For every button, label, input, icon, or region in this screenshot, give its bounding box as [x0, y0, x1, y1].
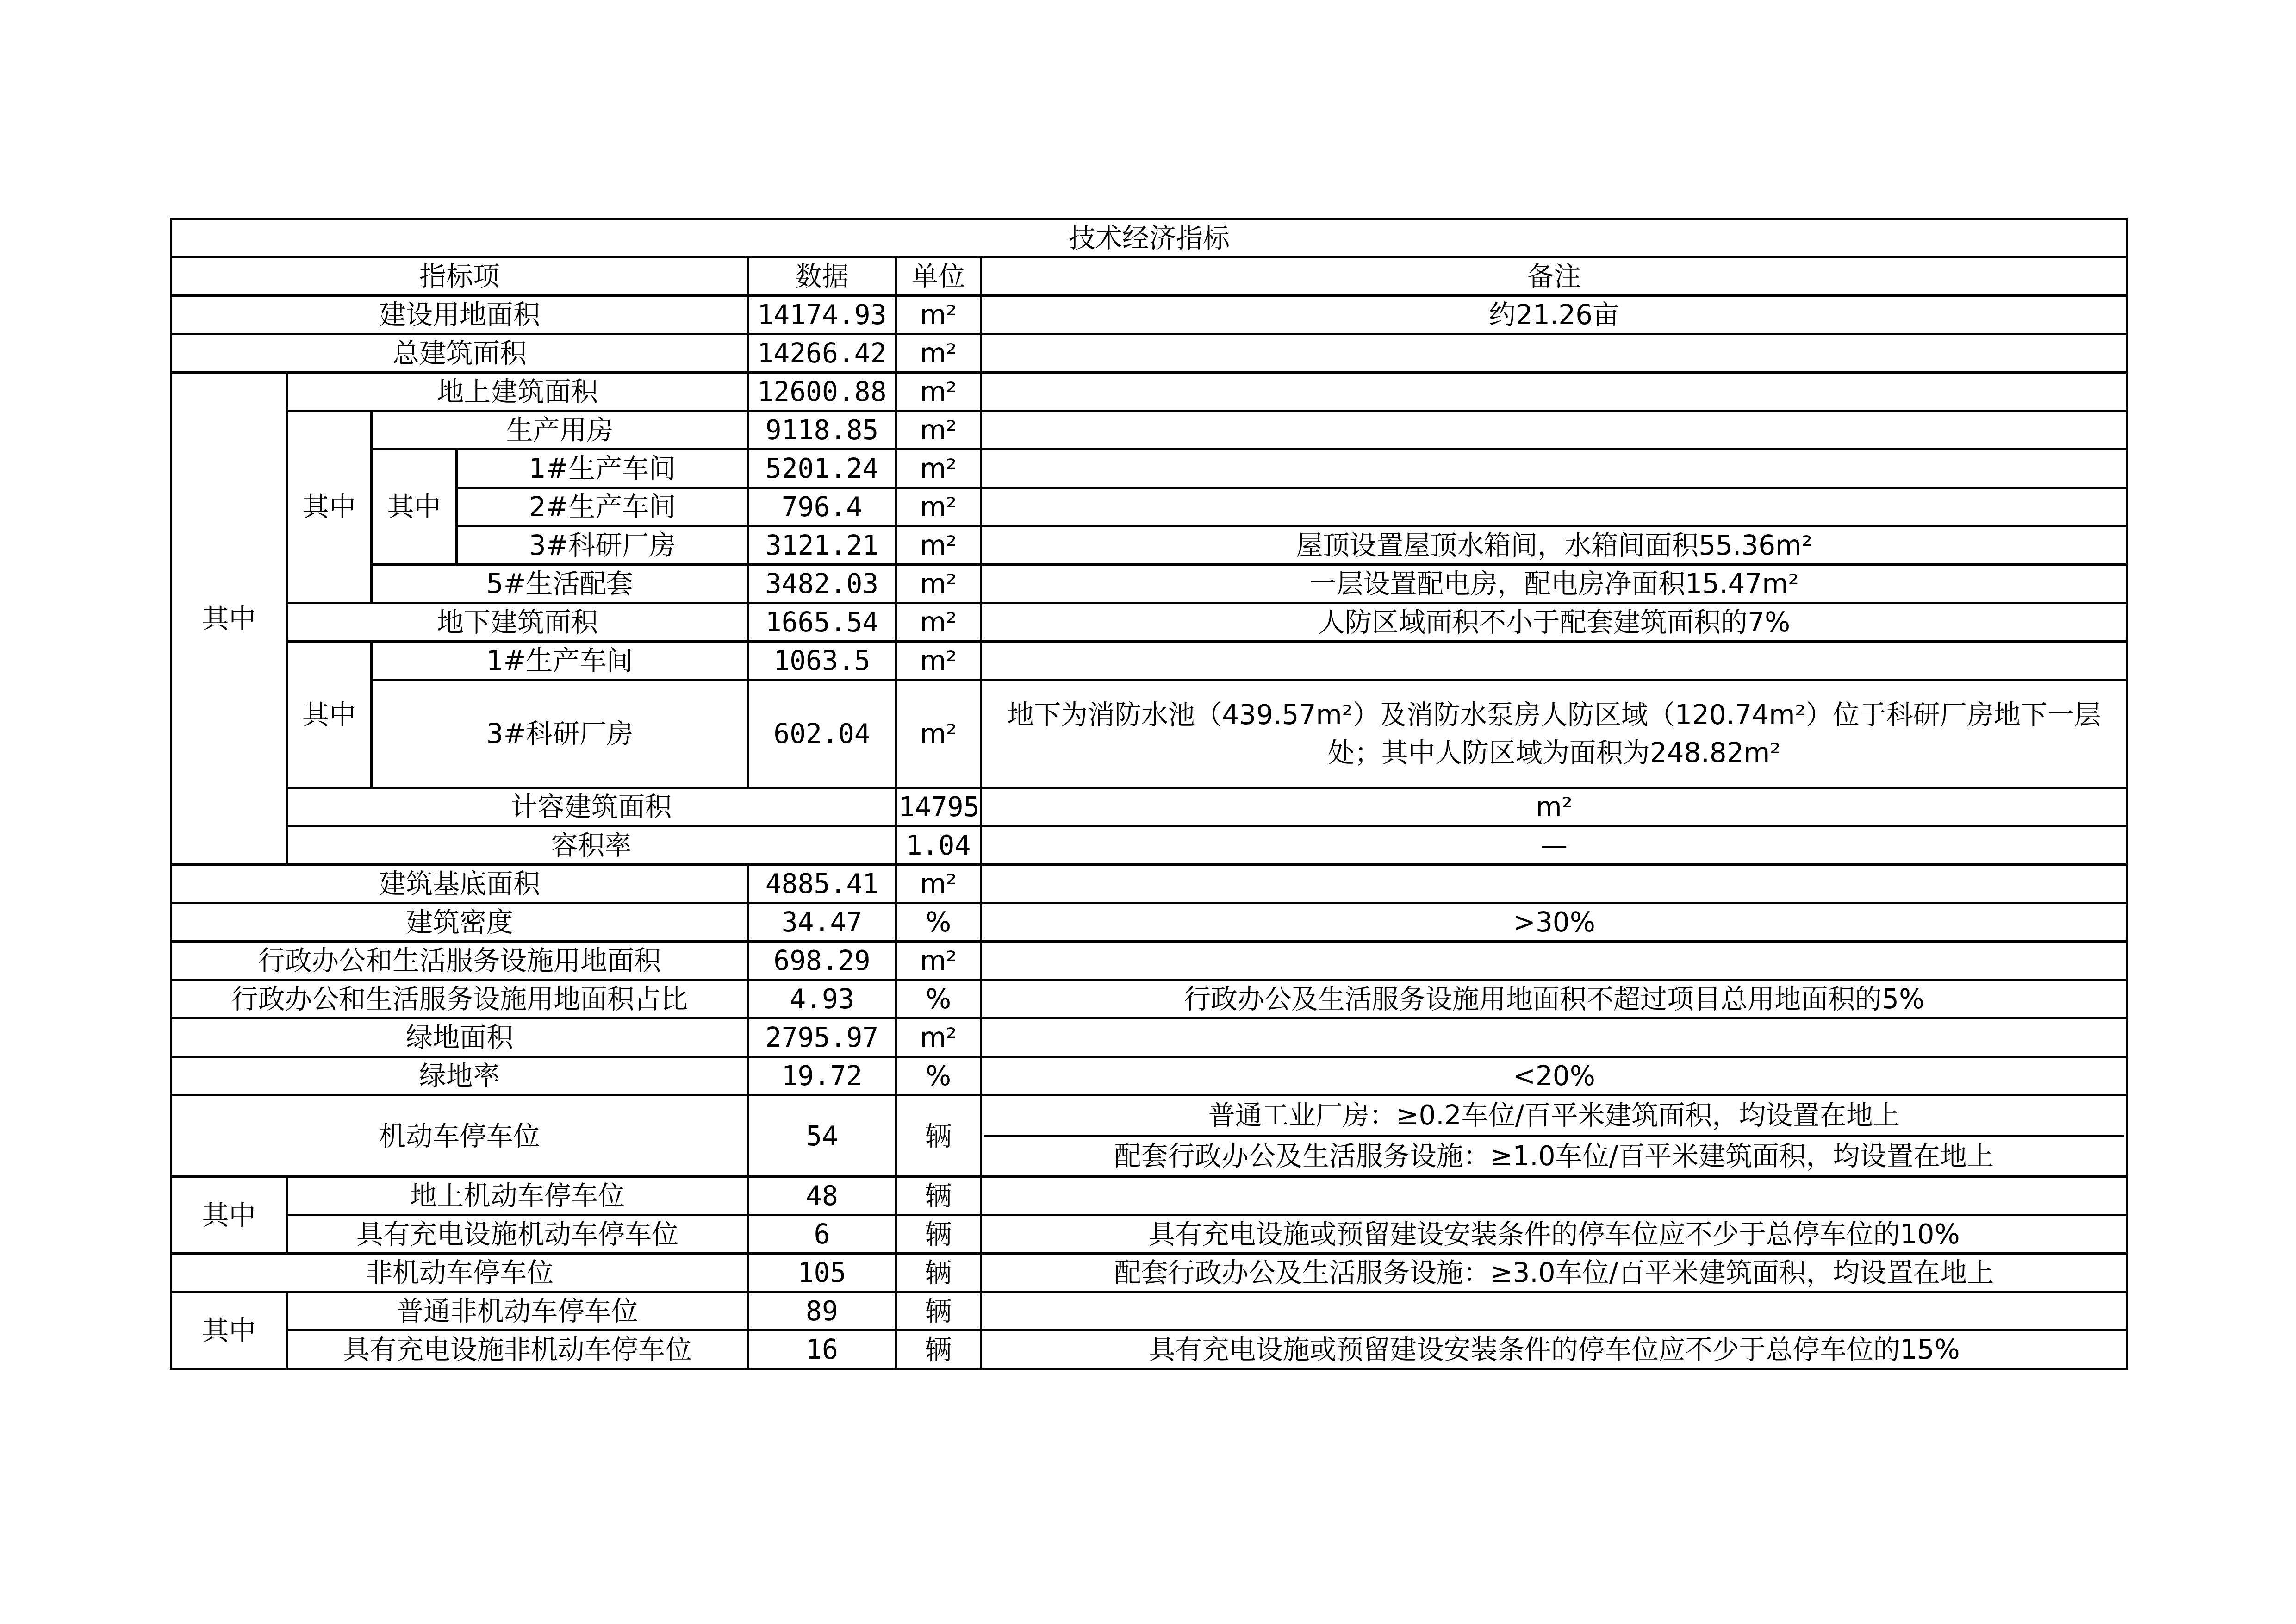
row-note: [981, 334, 2128, 373]
table-row: 计容建筑面积 14795.36 m²: [171, 788, 2128, 826]
row-unit: %: [896, 980, 981, 1018]
row-note: [981, 411, 2128, 450]
row-unit: %: [896, 903, 981, 942]
table-row: 其中 1#生产车间 1063.5 m²: [171, 642, 2128, 680]
title-row: 技术经济指标: [171, 219, 2128, 257]
row-value: 1063.5: [748, 642, 896, 680]
group-label-below: 其中: [287, 642, 372, 788]
group-label-production: 其中: [372, 450, 457, 565]
row-unit: 辆: [896, 1254, 981, 1292]
row-label: 行政办公和生活服务设施用地面积占比: [171, 980, 748, 1018]
table-row: 绿地率 19.72 % <20%: [171, 1057, 2128, 1095]
row-value: 9118.85: [748, 411, 896, 450]
row-value: 48: [748, 1177, 896, 1215]
row-note: [981, 1177, 2128, 1215]
row-label: 2#生产车间: [457, 488, 748, 526]
row-value: 602.04: [748, 680, 896, 788]
row-unit: 辆: [896, 1177, 981, 1215]
row-value: 14174.93: [748, 296, 896, 334]
table-row: 机动车停车位 54 辆 普通工业厂房：≥0.2车位/百平米建筑面积，均设置在地上…: [171, 1095, 2128, 1177]
row-unit: m²: [896, 1018, 981, 1057]
row-label: 容积率: [287, 826, 896, 865]
row-label: 绿地面积: [171, 1018, 748, 1057]
header-unit: 单位: [896, 257, 981, 296]
row-label: 行政办公和生活服务设施用地面积: [171, 942, 748, 980]
table-row: 建筑密度 34.47 % >30%: [171, 903, 2128, 942]
header-item: 指标项: [171, 257, 748, 296]
row-unit: m²: [896, 642, 981, 680]
row-label: 3#科研厂房: [457, 526, 748, 565]
row-label: 具有充电设施机动车停车位: [287, 1215, 748, 1254]
row-unit: m²: [896, 296, 981, 334]
row-label: 5#生活配套: [372, 565, 748, 603]
row-note: <20%: [981, 1057, 2128, 1095]
row-value: 12600.88: [748, 373, 896, 411]
row-label: 1#生产车间: [457, 450, 748, 488]
row-value: 19.72: [748, 1057, 896, 1095]
row-value: 54: [748, 1095, 896, 1177]
row-value: 4885.41: [748, 865, 896, 903]
table-row: 其中 地上建筑面积 12600.88 m²: [171, 373, 2128, 411]
table-row: 行政办公和生活服务设施用地面积占比 4.93 % 行政办公及生活服务设施用地面积…: [171, 980, 2128, 1018]
row-value: 1.04: [896, 826, 981, 865]
group-label-car: 其中: [171, 1177, 287, 1254]
row-label: 1#生产车间: [372, 642, 748, 680]
row-unit: 辆: [896, 1292, 981, 1330]
row-value: 698.29: [748, 942, 896, 980]
row-note: 屋顶设置屋顶水箱间，水箱间面积55.36m²: [981, 526, 2128, 565]
table-title: 技术经济指标: [171, 219, 2128, 257]
table-row: 其中 生产用房 9118.85 m²: [171, 411, 2128, 450]
note-line-2: 配套行政办公及生活服务设施：≥1.0车位/百平米建筑面积，均设置在地上: [984, 1135, 2124, 1175]
table-row: 其中 普通非机动车停车位 89 辆: [171, 1292, 2128, 1330]
row-note: 约21.26亩: [981, 296, 2128, 334]
row-value: 5201.24: [748, 450, 896, 488]
row-unit: m²: [896, 373, 981, 411]
row-label: 建设用地面积: [171, 296, 748, 334]
row-value: 89: [748, 1292, 896, 1330]
row-unit: m²: [896, 865, 981, 903]
row-unit: 辆: [896, 1095, 981, 1177]
row-unit: m²: [896, 334, 981, 373]
row-value: 14795.36: [896, 788, 981, 826]
row-unit: m²: [896, 526, 981, 565]
row-value: 4.93: [748, 980, 896, 1018]
row-note: [981, 1018, 2128, 1057]
table-row: 地下建筑面积 1665.54 m² 人防区域面积不小于配套建筑面积的7%: [171, 603, 2128, 642]
row-note: 配套行政办公及生活服务设施：≥3.0车位/百平米建筑面积，均设置在地上: [981, 1254, 2128, 1292]
row-note: 地下为消防水池（439.57m²）及消防水泵房人防区域（120.74m²）位于科…: [981, 680, 2128, 788]
table-row: 建设用地面积 14174.93 m² 约21.26亩: [171, 296, 2128, 334]
table-row: 非机动车停车位 105 辆 配套行政办公及生活服务设施：≥3.0车位/百平米建筑…: [171, 1254, 2128, 1292]
row-note: 普通工业厂房：≥0.2车位/百平米建筑面积，均设置在地上 配套行政办公及生活服务…: [981, 1095, 2128, 1177]
table-row: 具有充电设施机动车停车位 6 辆 具有充电设施或预留建设安装条件的停车位应不少于…: [171, 1215, 2128, 1254]
row-note: >30%: [981, 903, 2128, 942]
row-label: 具有充电设施非机动车停车位: [287, 1330, 748, 1369]
row-label: 地上建筑面积: [287, 373, 748, 411]
row-value: 2795.97: [748, 1018, 896, 1057]
row-note: 具有充电设施或预留建设安装条件的停车位应不少于总停车位的15%: [981, 1330, 2128, 1369]
note-line-1: 普通工业厂房：≥0.2车位/百平米建筑面积，均设置在地上: [984, 1096, 2124, 1135]
row-label: 总建筑面积: [171, 334, 748, 373]
row-value: 14266.42: [748, 334, 896, 373]
row-unit: 辆: [896, 1330, 981, 1369]
table-row: 行政办公和生活服务设施用地面积 698.29 m²: [171, 942, 2128, 980]
row-value: 1665.54: [748, 603, 896, 642]
row-note: [981, 642, 2128, 680]
row-label: 非机动车停车位: [171, 1254, 748, 1292]
row-note: 一层设置配电房，配电房净面积15.47m²: [981, 565, 2128, 603]
row-unit: m²: [896, 603, 981, 642]
group-label-above: 其中: [287, 411, 372, 603]
row-note: 具有充电设施或预留建设安装条件的停车位应不少于总停车位的10%: [981, 1215, 2128, 1254]
row-note: 行政办公及生活服务设施用地面积不超过项目总用地面积的5%: [981, 980, 2128, 1018]
row-value: 34.47: [748, 903, 896, 942]
row-note: [981, 373, 2128, 411]
row-unit: m²: [896, 488, 981, 526]
row-label: 生产用房: [372, 411, 748, 450]
row-note: [981, 1292, 2128, 1330]
header-note: 备注: [981, 257, 2128, 296]
table-row: 2#生产车间 796.4 m²: [171, 488, 2128, 526]
row-label: 绿地率: [171, 1057, 748, 1095]
row-note: [981, 488, 2128, 526]
table-row: 建筑基底面积 4885.41 m²: [171, 865, 2128, 903]
table-row: 5#生活配套 3482.03 m² 一层设置配电房，配电房净面积15.47m²: [171, 565, 2128, 603]
row-label: 建筑密度: [171, 903, 748, 942]
row-label: 建筑基底面积: [171, 865, 748, 903]
table-row: 容积率 1.04 — 1.0<FAR<3.0: [171, 826, 2128, 865]
row-label: 计容建筑面积: [287, 788, 896, 826]
row-value: 3121.21: [748, 526, 896, 565]
row-unit: m²: [981, 788, 2128, 826]
tech-econ-table: 技术经济指标 指标项 数据 单位 备注 建设用地面积 14174.93 m² 约…: [170, 218, 2128, 1370]
row-label: 普通非机动车停车位: [287, 1292, 748, 1330]
row-unit: m²: [896, 565, 981, 603]
table-row: 其中 1#生产车间 5201.24 m²: [171, 450, 2128, 488]
row-unit: m²: [896, 680, 981, 788]
row-value: 16: [748, 1330, 896, 1369]
row-unit: m²: [896, 450, 981, 488]
row-label: 地上机动车停车位: [287, 1177, 748, 1215]
row-label: 地下建筑面积: [287, 603, 748, 642]
table-row: 绿地面积 2795.97 m²: [171, 1018, 2128, 1057]
group-label-bike: 其中: [171, 1292, 287, 1369]
table-row: 总建筑面积 14266.42 m²: [171, 334, 2128, 373]
row-label: 机动车停车位: [171, 1095, 748, 1177]
row-note: 人防区域面积不小于配套建筑面积的7%: [981, 603, 2128, 642]
row-unit: —: [981, 826, 2128, 865]
row-value: 3482.03: [748, 565, 896, 603]
row-label: 3#科研厂房: [372, 680, 748, 788]
row-unit: 辆: [896, 1215, 981, 1254]
row-value: 796.4: [748, 488, 896, 526]
row-note: [981, 865, 2128, 903]
row-value: 105: [748, 1254, 896, 1292]
row-note: [981, 450, 2128, 488]
row-unit: %: [896, 1057, 981, 1095]
table-row: 3#科研厂房 602.04 m² 地下为消防水池（439.57m²）及消防水泵房…: [171, 680, 2128, 788]
table-row: 具有充电设施非机动车停车位 16 辆 具有充电设施或预留建设安装条件的停车位应不…: [171, 1330, 2128, 1369]
table-row: 3#科研厂房 3121.21 m² 屋顶设置屋顶水箱间，水箱间面积55.36m²: [171, 526, 2128, 565]
row-value: 6: [748, 1215, 896, 1254]
row-note: [981, 942, 2128, 980]
row-unit: m²: [896, 411, 981, 450]
group-label-gfa: 其中: [171, 373, 287, 865]
header-row: 指标项 数据 单位 备注: [171, 257, 2128, 296]
table-row: 其中 地上机动车停车位 48 辆: [171, 1177, 2128, 1215]
header-data: 数据: [748, 257, 896, 296]
row-unit: m²: [896, 942, 981, 980]
